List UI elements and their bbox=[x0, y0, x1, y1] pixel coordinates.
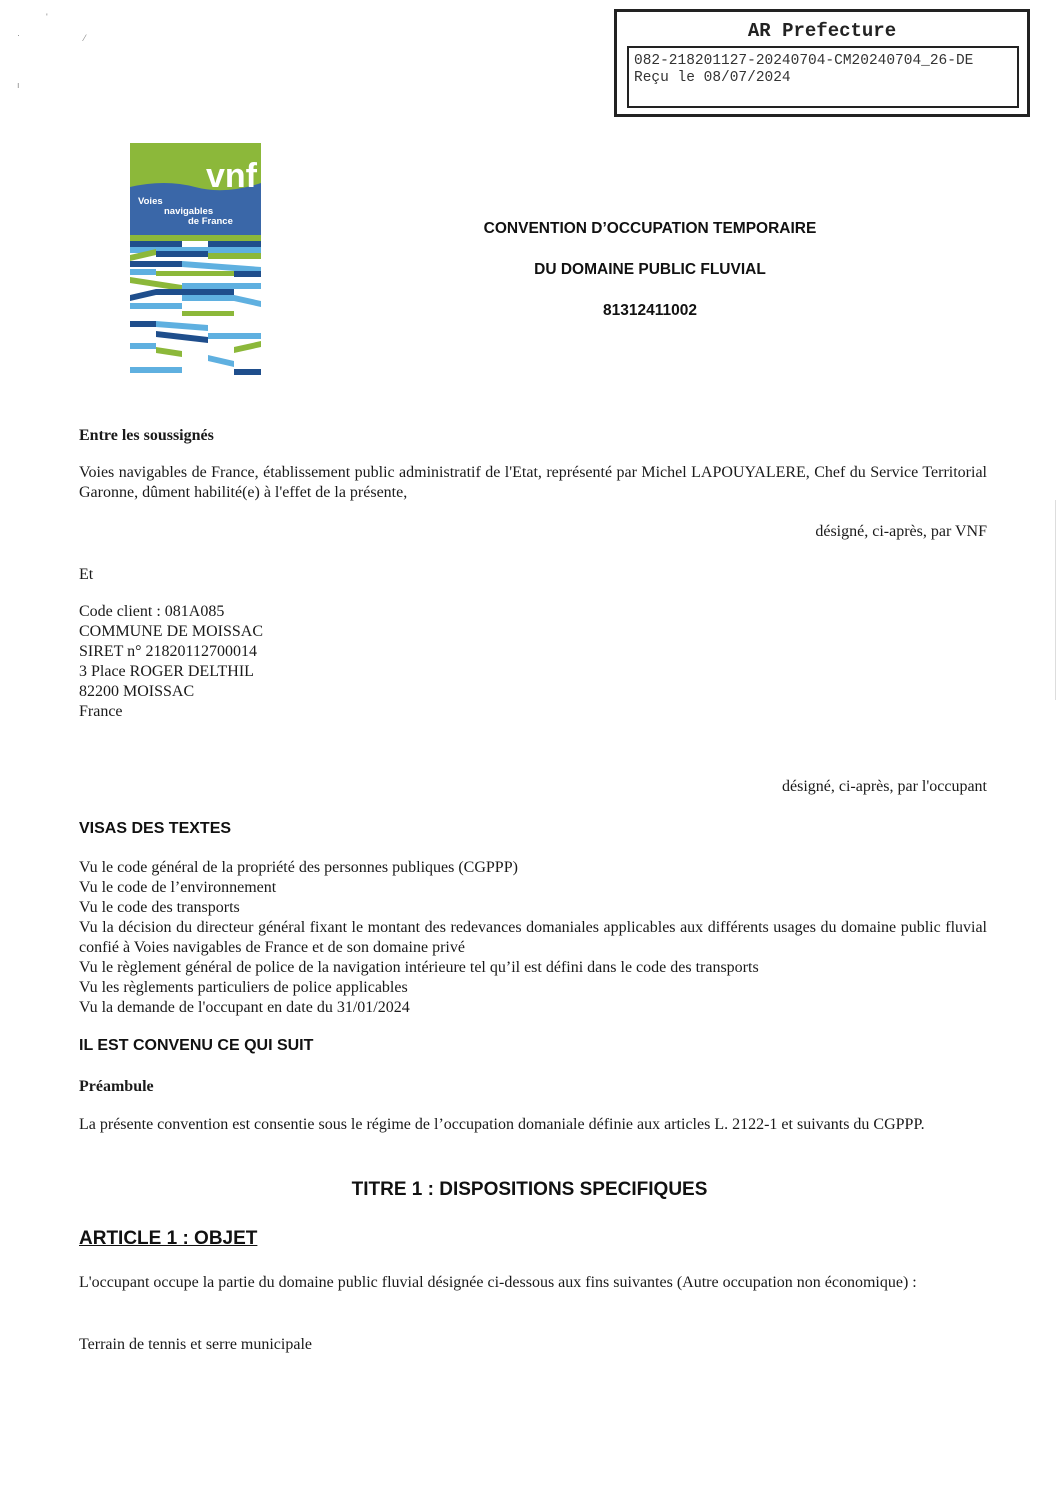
preamble-heading: Préambule bbox=[79, 1077, 154, 1097]
stamp-received-date: Reçu le 08/07/2024 bbox=[634, 70, 1012, 87]
article1-heading: ARTICLE 1 : OBJET bbox=[79, 1228, 257, 1250]
stamp-details: 082-218201127-20240704-CM20240704_26-DE … bbox=[627, 46, 1019, 108]
document-title-line1: CONVENTION D’OCCUPATION TEMPORAIRE bbox=[440, 220, 860, 238]
scan-speck: ı bbox=[17, 80, 20, 90]
client-code: Code client : 081A085 bbox=[79, 602, 263, 622]
occupant-city: 82200 MOISSAC bbox=[79, 682, 263, 702]
prefecture-stamp: AR Prefecture 082-218201127-20240704-CM2… bbox=[614, 9, 1030, 117]
agreement-heading: IL EST CONVENU CE QUI SUIT bbox=[79, 1037, 313, 1055]
visa-item: Vu le code des transports bbox=[79, 898, 987, 918]
scan-speck: · bbox=[17, 30, 20, 40]
occupant-country: France bbox=[79, 702, 263, 722]
occupant-street: 3 Place ROGER DELTHIL bbox=[79, 662, 263, 682]
vnf-logo: vnf Voies navigables de France bbox=[130, 143, 261, 403]
logo-brand: vnf bbox=[206, 157, 258, 195]
scan-speck: ' bbox=[46, 12, 48, 22]
occupant-address-block: Code client : 081A085 COMMUNE DE MOISSAC… bbox=[79, 602, 263, 722]
scan-edge-line bbox=[1055, 500, 1056, 700]
stamp-reference: 082-218201127-20240704-CM20240704_26-DE bbox=[634, 53, 1012, 70]
occupant-siret: SIRET n° 21820112700014 bbox=[79, 642, 263, 662]
parties-heading: Entre les soussignés bbox=[79, 426, 214, 446]
preamble-text: La présente convention est consentie sou… bbox=[79, 1115, 987, 1135]
visa-item: Vu le code général de la propriété des p… bbox=[79, 858, 987, 878]
document-title-line2: DU DOMAINE PUBLIC FLUVIAL bbox=[440, 261, 860, 279]
stamp-title: AR Prefecture bbox=[617, 20, 1027, 42]
vnf-party-text: Voies navigables de France, établissemen… bbox=[79, 463, 987, 503]
svg-text:de France: de France bbox=[188, 216, 233, 227]
occupant-name: COMMUNE DE MOISSAC bbox=[79, 622, 263, 642]
vnf-designation: désigné, ci-après, par VNF bbox=[600, 522, 987, 542]
svg-text:Voies: Voies bbox=[138, 196, 163, 207]
convention-number: 81312411002 bbox=[440, 302, 860, 320]
visa-item: Vu la demande de l'occupant en date du 3… bbox=[79, 998, 987, 1018]
visas-list: Vu le code général de la propriété des p… bbox=[79, 858, 987, 1018]
titre1-heading: TITRE 1 : DISPOSITIONS SPECIFIQUES bbox=[0, 1179, 1059, 1201]
visa-item: Vu la décision du directeur général fixa… bbox=[79, 918, 987, 958]
occupant-designation: désigné, ci-après, par l'occupant bbox=[600, 777, 987, 797]
visa-item: Vu le code de l’environnement bbox=[79, 878, 987, 898]
article1-text: L'occupant occupe la partie du domaine p… bbox=[79, 1273, 991, 1293]
visas-heading: VISAS DES TEXTES bbox=[79, 820, 231, 838]
visa-item: Vu les règlements particuliers de police… bbox=[79, 978, 987, 998]
article1-purpose: Terrain de tennis et serre municipale bbox=[79, 1335, 312, 1355]
and-label: Et bbox=[79, 565, 93, 585]
scan-speck: ⁄ bbox=[84, 33, 86, 43]
visa-item: Vu le règlement général de police de la … bbox=[79, 958, 987, 978]
